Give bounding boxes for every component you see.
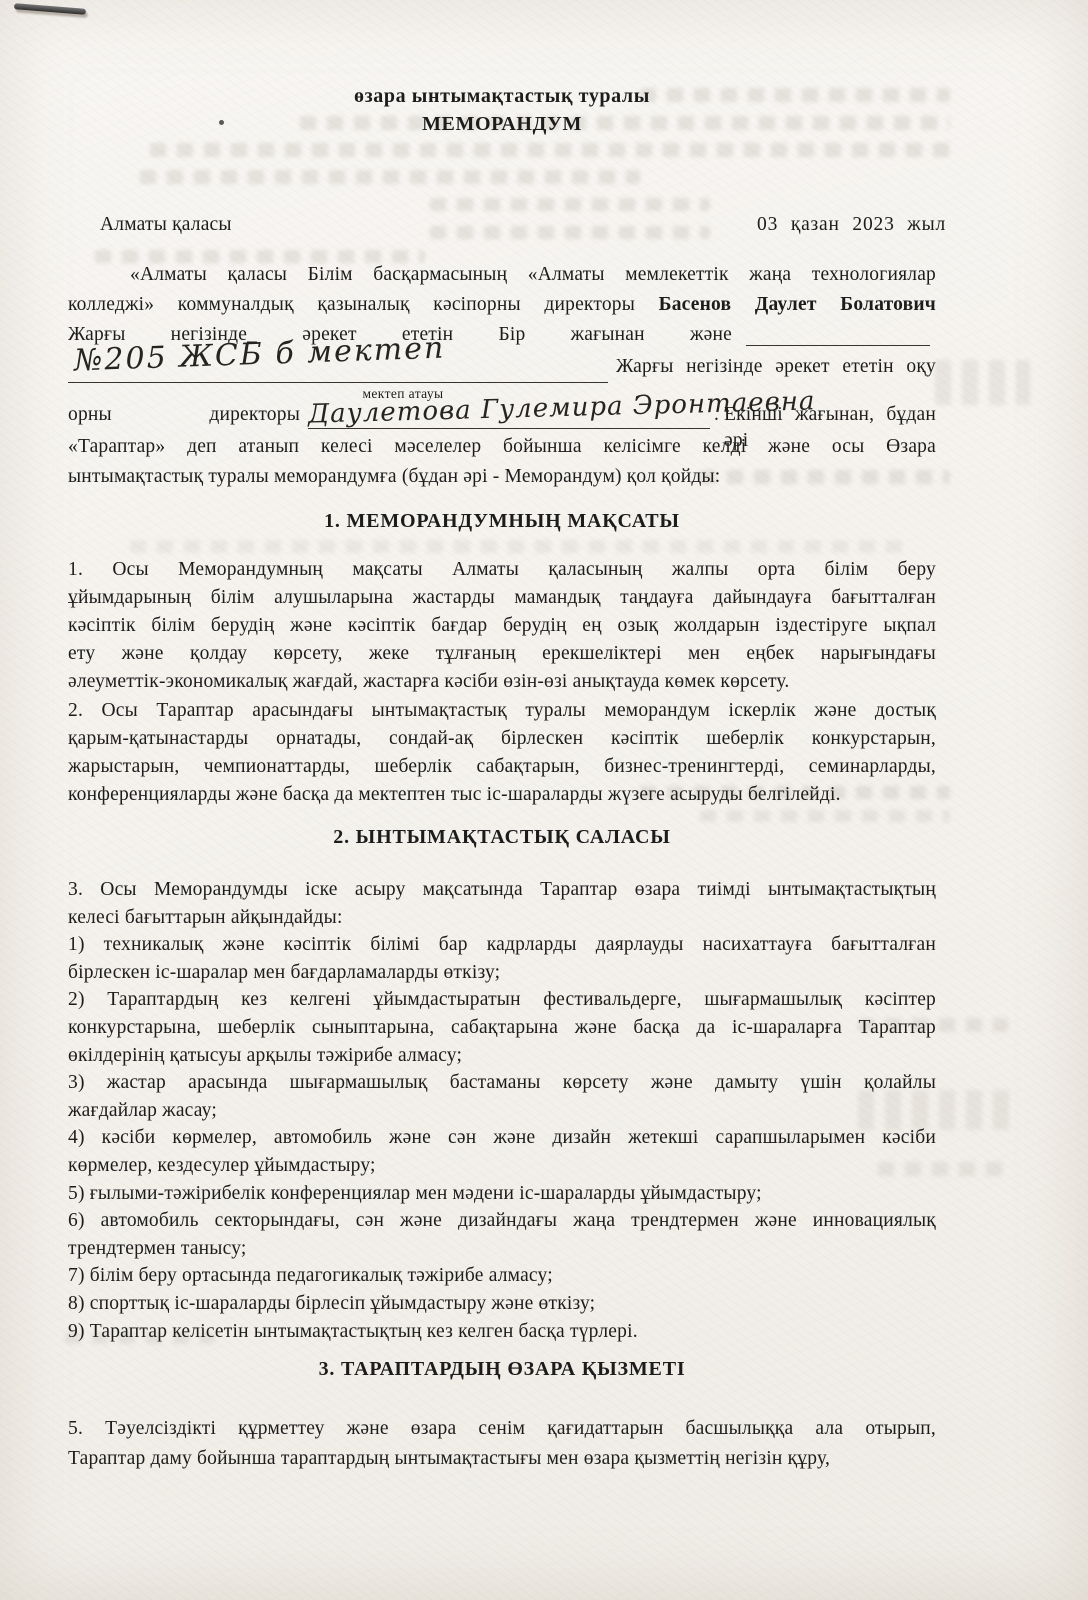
list-item-2: 2) Тараптардың кез келгені ұйымдастыраты… (68, 986, 936, 1069)
intro-line-6: «Тараптар» деп атанып келесі мәселелер б… (68, 434, 936, 460)
text-line: 3. Осы Меморандумды іске асыру мақсатынд… (68, 876, 936, 904)
text-line: Тараптар даму бойынша тараптардың ынтыма… (68, 1444, 936, 1474)
text-line: 9) Тараптар келісетін ынтымақтастықтың к… (68, 1318, 936, 1346)
text-line: трендтермен танысу; (68, 1235, 936, 1263)
intro-line-5-pre: орны директоры (68, 402, 300, 428)
text-line: ұйымдарының білім алушыларына жастарды м… (68, 584, 936, 612)
text-line: 3) жастар арасында шығармашылық бастаман… (68, 1069, 936, 1097)
school-name-field-line: №205 ЖСБ б мектеп (68, 346, 608, 383)
section-2-body: 3. Осы Меморандумды іске асыру мақсатынд… (68, 876, 936, 1345)
text-line: жарыстарын, чемпионаттарды, шеберлік саб… (68, 753, 936, 781)
paragraph-1: 1. Осы Меморандумның мақсаты Алматы қала… (68, 556, 936, 696)
paragraph-2: 2. Осы Тараптар арасындағы ынтымақтастық… (68, 697, 936, 809)
text-line: 1. Осы Меморандумның мақсаты Алматы қала… (68, 556, 936, 584)
text-line: 1) техникалық және кәсіптік білімі бар к… (68, 931, 936, 959)
text-line: ету және қолдау көрсету, жеке тұлғаның е… (68, 640, 936, 668)
text-line: өкілдерінің қатысуы арқылы тәжірибе алма… (68, 1042, 936, 1070)
text-line: келесі бағыттарын айқындайды: (68, 904, 936, 932)
field-line-period: . (714, 402, 719, 428)
list-item-4: 4) кәсіби көрмелер, автомобиль және сән … (68, 1124, 936, 1179)
document-content: өзара ынтымақтастық туралы МЕМОРАНДУМ Ал… (68, 0, 936, 1600)
section-3-heading: 3. ТАРАПТАРДЫҢ ӨЗАРА ҚЫЗМЕТІ (68, 1356, 936, 1382)
list-item-6: 6) автомобиль секторындағы, сән және диз… (68, 1207, 936, 1262)
list-item-7: 7) білім беру ортасында педагогикалық тә… (68, 1262, 936, 1290)
blank-field-line (746, 320, 930, 346)
city-label: Алматы қаласы (100, 212, 232, 238)
text-line: 2. Осы Тараптар арасындағы ынтымақтастық… (68, 697, 936, 725)
text-line: 6) автомобиль секторындағы, сән және диз… (68, 1207, 936, 1235)
text-line: конкурстарына, шеберлік сыныптарына, саб… (68, 1014, 936, 1042)
intro-line-4-text: Жарғы негізінде әрекет ететін оқу (616, 354, 936, 380)
paragraph-3: 3. Осы Меморандумды іске асыру мақсатынд… (68, 876, 936, 931)
text-line: конференцияларды және басқа да мектептен… (68, 781, 936, 809)
text-line: көрмелер, кездесулер ұйымдастыру; (68, 1152, 936, 1180)
text-line: 8) спорттық іс-шараларды бірлесіп ұйымда… (68, 1290, 936, 1318)
intro-line-4: №205 ЖСБ б мектеп Жарғы негізінде әрекет… (68, 346, 936, 384)
document-title-line2: МЕМОРАНДУМ (68, 110, 936, 138)
text-line: 4) кәсіби көрмелер, автомобиль және сән … (68, 1124, 936, 1152)
section-1-heading: 1. МЕМОРАНДУМНЫҢ МАҚСАТЫ (68, 508, 936, 534)
ink-dot (219, 120, 224, 125)
director-name-bold: Басенов Даулет Болатович (659, 294, 936, 315)
document-title-line1: өзара ынтымақтастық туралы (68, 82, 936, 110)
intro-line-3-text: Жарғы негізінде_ әрекет ететін Бір жағын… (68, 322, 732, 348)
intro-line-7: ынтымақтастық туралы меморандумға (бұдан… (68, 464, 936, 490)
intro-line-5: орны директоры Даулетова Гулемира Эронта… (68, 398, 936, 430)
text-line: бірлескен іс-шаралар мен бағдарламаларды… (68, 959, 936, 987)
section-2-heading: 2. ЫНТЫМАҚТАСТЫҚ САЛАСЫ (68, 824, 936, 850)
list-item-3: 3) жастар арасында шығармашылық бастаман… (68, 1069, 936, 1124)
date-label: 03 қазан 2023 жыл (757, 212, 946, 238)
text-line: кәсіптік білім берудің және кәсіптік бағ… (68, 612, 936, 640)
list-item-5: 5) ғылыми-тәжірибелік конференциялар мен… (68, 1180, 936, 1208)
intro-line-2-text: колледжі» коммуналдық қазыналық кәсіпорн… (68, 294, 659, 315)
intro-line-1: «Алматы қаласы Білім басқармасының «Алма… (68, 262, 936, 288)
scanned-memorandum-page: өзара ынтымақтастық туралы МЕМОРАНДУМ Ал… (0, 0, 1088, 1600)
intro-line-2: колледжі» коммуналдық қазыналық кәсіпорн… (68, 292, 936, 318)
text-line: 5) ғылыми-тәжірибелік конференциялар мен… (68, 1180, 936, 1208)
document-title: өзара ынтымақтастық туралы МЕМОРАНДУМ (68, 82, 936, 138)
ink-bleedthrough (935, 360, 1030, 405)
list-item-9: 9) Тараптар келісетін ынтымақтастықтың к… (68, 1318, 936, 1346)
text-line: 5. Тәуелсіздікті құрметтеу және өзара се… (68, 1414, 936, 1444)
director-name-field-line: Даулетова Гулемира Эронтаевна (308, 398, 710, 429)
text-line: жағдайлар жасау; (68, 1097, 936, 1125)
list-item-8: 8) спорттық іс-шараларды бірлесіп ұйымда… (68, 1290, 936, 1318)
text-line: қарым-қатынастарды орнатады, сондай-ақ б… (68, 725, 936, 753)
text-line: 7) білім беру ортасында педагогикалық тә… (68, 1262, 936, 1290)
paragraph-5: 5. Тәуелсіздікті құрметтеу және өзара се… (68, 1414, 936, 1474)
place-date-row: Алматы қаласы 03 қазан 2023 жыл (68, 212, 936, 238)
list-item-1: 1) техникалық және кәсіптік білімі бар к… (68, 931, 936, 986)
text-line: әлеуметтік-экономикалық жағдай, жастарға… (68, 668, 936, 696)
text-line: 2) Тараптардың кез келгені ұйымдастыраты… (68, 986, 936, 1014)
intro-line-3: Жарғы негізінде_ әрекет ететін Бір жағын… (68, 322, 936, 348)
